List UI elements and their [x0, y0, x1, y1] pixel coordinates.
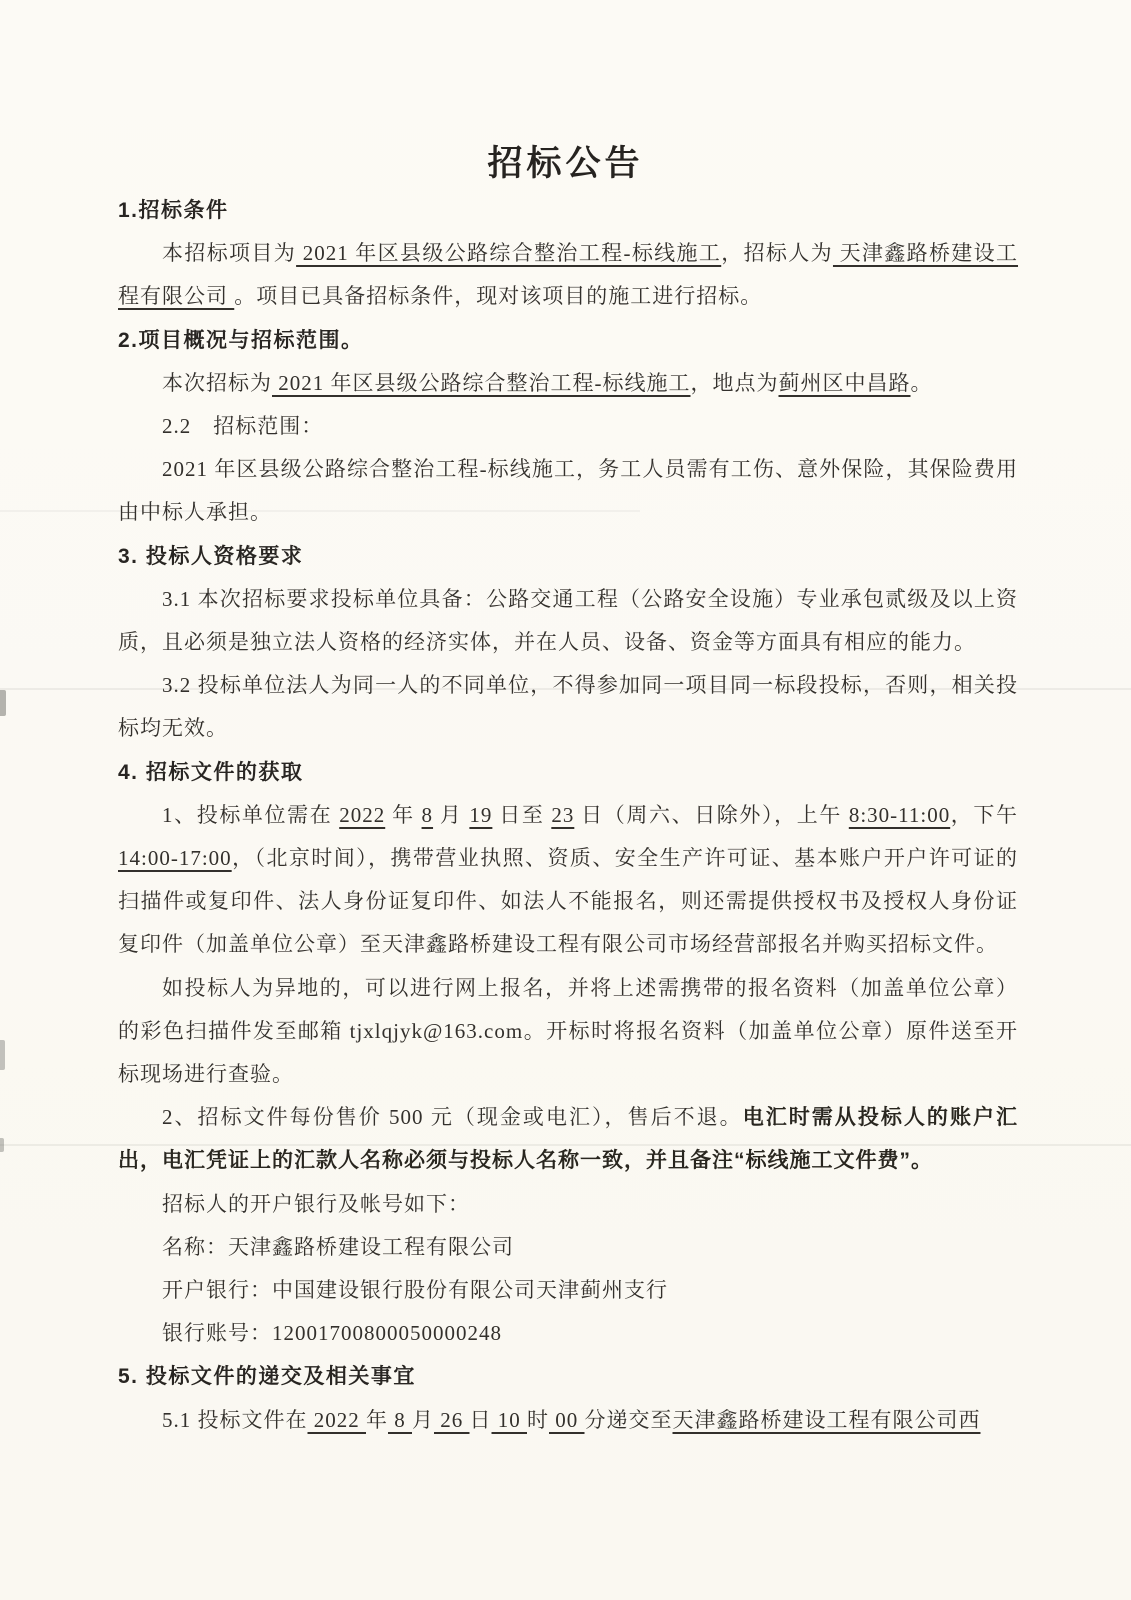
- text-segment: 8: [388, 1408, 412, 1432]
- paragraph: 如投标人为异地的，可以进行网上报名，并将上述需携带的报名资料（加盖单位公章）的彩…: [118, 967, 1018, 1097]
- section-heading: 1.招标条件: [118, 189, 1018, 232]
- text-segment: 开户银行：中国建设银行股份有限公司天津蓟州支行: [162, 1278, 668, 1302]
- text-segment: 19: [469, 803, 492, 827]
- scan-edge-mark: [0, 1040, 5, 1070]
- paragraph: 5.1 投标文件在 2022 年 8 月 26 日 10 时 00 分递交至天津…: [118, 1399, 1018, 1442]
- text-segment: 名称：天津鑫路桥建设工程有限公司: [162, 1235, 514, 1259]
- text-segment: 日（周六、日除外），上午: [574, 803, 849, 827]
- text-segment: 年: [385, 803, 421, 827]
- text-segment: 14:00-17:00: [118, 846, 232, 870]
- paragraph: 2.2 招标范围：: [118, 405, 1018, 448]
- text-segment: 2021 年区县级公路综合整治工程-标线施工: [296, 241, 721, 265]
- text-segment: 2.项目概况与招标范围。: [118, 329, 364, 352]
- text-segment: 10: [492, 1408, 528, 1432]
- paragraph: 2、招标文件每份售价 500 元（现金或电汇），售后不退。电汇时需从投标人的账户…: [118, 1096, 1018, 1182]
- document-body: 1.招标条件本招标项目为 2021 年区县级公路综合整治工程-标线施工，招标人为…: [118, 189, 1018, 1442]
- text-segment: 。: [911, 371, 933, 395]
- text-segment: 4. 招标文件的获取: [118, 761, 303, 784]
- text-segment: 银行账号：12001700800050000248: [162, 1321, 502, 1345]
- text-segment: 5. 投标文件的递交及相关事宜: [118, 1365, 416, 1388]
- text-segment: 3. 投标人资格要求: [118, 545, 303, 568]
- text-segment: 日至: [492, 803, 551, 827]
- text-segment: 如投标人为异地的，可以进行网上报名，并将上述需携带的报名资料（加盖单位公章）的彩…: [118, 976, 1018, 1086]
- scanned-document-page: 招标公告 1.招标条件本招标项目为 2021 年区县级公路综合整治工程-标线施工…: [0, 0, 1131, 1600]
- scan-edge-mark: [0, 1138, 4, 1152]
- text-segment: 。项目已具备招标条件，现对该项目的施工进行招标。: [234, 284, 762, 308]
- text-segment: 天津鑫路桥建设工程有限公司西: [673, 1408, 981, 1432]
- text-segment: 8: [422, 803, 434, 827]
- text-segment: 3.2 投标单位法人为同一人的不同单位，不得参加同一项目同一标段投标，否则，相关…: [118, 673, 1018, 740]
- text-segment: 23: [551, 803, 574, 827]
- text-segment: 26: [434, 1408, 470, 1432]
- text-segment: 00: [549, 1408, 585, 1432]
- section-heading: 5. 投标文件的递交及相关事宜: [118, 1355, 1018, 1398]
- paragraph: 招标人的开户银行及帐号如下：: [118, 1183, 1018, 1226]
- text-segment: ，地点为: [691, 371, 779, 395]
- text-segment: 2、招标文件每份售价 500 元（现金或电汇），售后不退。: [162, 1105, 743, 1129]
- text-segment: 5.1 投标文件在: [162, 1408, 308, 1432]
- paragraph: 3.2 投标单位法人为同一人的不同单位，不得参加同一项目同一标段投标，否则，相关…: [118, 664, 1018, 750]
- section-heading: 2.项目概况与招标范围。: [118, 319, 1018, 362]
- text-segment: 本次招标为: [162, 371, 272, 395]
- text-segment: 1、投标单位需在: [162, 803, 339, 827]
- section-heading: 3. 投标人资格要求: [118, 535, 1018, 578]
- text-segment: 时: [527, 1408, 549, 1432]
- text-segment: ，招标人为: [721, 241, 833, 265]
- paragraph: 开户银行：中国建设银行股份有限公司天津蓟州支行: [118, 1269, 1018, 1312]
- section-heading: 4. 招标文件的获取: [118, 751, 1018, 794]
- text-segment: 1.招标条件: [118, 199, 229, 222]
- scan-edge-mark: [0, 690, 6, 716]
- text-segment: ，（北京时间），携带营业执照、资质、安全生产许可证、基本账户开户许可证的扫描件或…: [118, 846, 1018, 956]
- text-segment: 年: [366, 1408, 388, 1432]
- text-segment: 本招标项目为: [162, 241, 296, 265]
- paragraph: 3.1 本次招标要求投标单位具备：公路交通工程（公路安全设施）专业承包贰级及以上…: [118, 578, 1018, 664]
- text-segment: 招标人的开户银行及帐号如下：: [162, 1192, 470, 1216]
- paragraph: 本次招标为 2021 年区县级公路综合整治工程-标线施工，地点为蓟州区中昌路。: [118, 362, 1018, 405]
- text-segment: 3.1 本次招标要求投标单位具备：公路交通工程（公路安全设施）专业承包贰级及以上…: [118, 587, 1018, 654]
- paragraph: 1、投标单位需在 2022 年 8 月 19 日至 23 日（周六、日除外），上…: [118, 794, 1018, 967]
- text-segment: ，下午: [950, 803, 1018, 827]
- text-segment: 2022: [308, 1408, 367, 1432]
- text-segment: 日: [470, 1408, 492, 1432]
- paragraph: 银行账号：12001700800050000248: [118, 1312, 1018, 1355]
- text-segment: 月: [433, 803, 469, 827]
- text-segment: 2.2 招标范围：: [162, 414, 323, 438]
- text-segment: 2021 年区县级公路综合整治工程-标线施工，务工人员需有工伤、意外保险，其保险…: [118, 457, 1018, 524]
- text-segment: 月: [412, 1408, 434, 1432]
- text-segment: 8:30-11:00: [849, 803, 950, 827]
- paragraph: 2021 年区县级公路综合整治工程-标线施工，务工人员需有工伤、意外保险，其保险…: [118, 448, 1018, 534]
- text-segment: 2022: [339, 803, 385, 827]
- text-segment: 分递交至: [585, 1408, 673, 1432]
- text-segment: 2021 年区县级公路综合整治工程-标线施工: [272, 371, 691, 395]
- text-segment: 蓟州区中昌路: [779, 371, 911, 395]
- paragraph: 名称：天津鑫路桥建设工程有限公司: [118, 1226, 1018, 1269]
- document-title: 招标公告: [0, 142, 1131, 186]
- paragraph: 本招标项目为 2021 年区县级公路综合整治工程-标线施工，招标人为 天津鑫路桥…: [118, 232, 1018, 318]
